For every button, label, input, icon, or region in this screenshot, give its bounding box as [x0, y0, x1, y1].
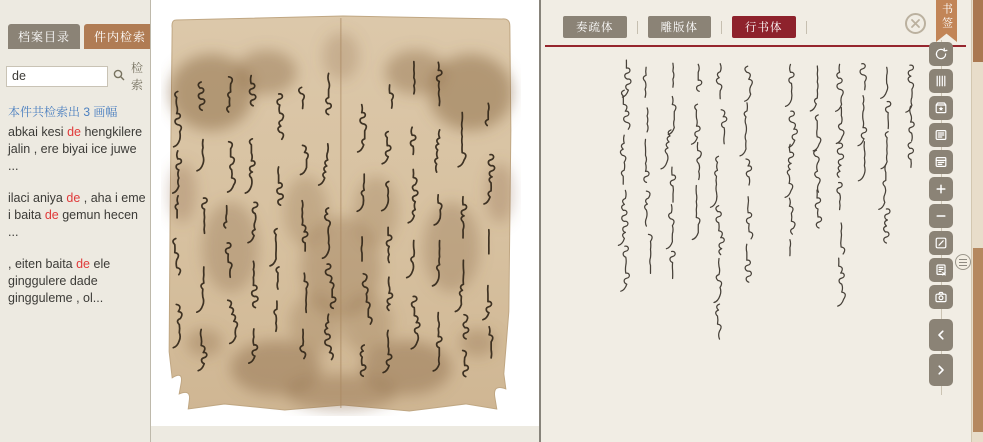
search-results-list: abkai kesi de hengkilere jalin , ere biy… — [0, 124, 150, 307]
search-result[interactable]: abkai kesi de hengkilere jalin , ere biy… — [8, 124, 148, 175]
snapshot-button[interactable] — [929, 285, 953, 309]
script-style-tab-2[interactable]: 行书体 — [732, 16, 796, 38]
magnifier-icon — [112, 68, 126, 85]
zoom-out-button[interactable] — [929, 204, 953, 228]
scrollbar-thumb-top[interactable] — [973, 0, 983, 62]
search-result-summary[interactable]: 本件共检索出 3 画幅 — [8, 103, 144, 120]
rotate-button[interactable] — [929, 42, 953, 66]
collection-button[interactable] — [929, 96, 953, 120]
annotate-button[interactable] — [929, 231, 953, 255]
next-page-button[interactable] — [929, 354, 953, 386]
chevron-left-icon — [934, 328, 948, 342]
camera-icon — [934, 290, 948, 304]
search-input[interactable] — [6, 66, 108, 87]
manuscript-viewer[interactable] — [151, 0, 539, 426]
text-list-icon — [934, 128, 948, 142]
chevron-right-icon — [934, 363, 948, 377]
tab-separator — [806, 21, 807, 34]
edit-icon — [934, 236, 948, 250]
search-result[interactable]: , eiten baita de ele ginggulere dade gin… — [8, 256, 148, 307]
prev-page-button[interactable] — [929, 319, 953, 351]
sidebar-tabs: 档案目录件内检索 — [0, 0, 150, 49]
bookmark-label: 书签 — [939, 3, 955, 31]
panel-drag-handle-icon[interactable] — [955, 254, 971, 270]
tab-separator — [637, 21, 638, 34]
close-icon — [910, 18, 921, 29]
search-button-label: 检索 — [128, 59, 146, 93]
clear-annotation-button[interactable] — [929, 258, 953, 282]
text-view-button[interactable] — [929, 123, 953, 147]
columns-icon — [934, 74, 948, 88]
tabs-underline — [545, 45, 966, 47]
minus-icon — [934, 209, 948, 223]
rotate-icon — [934, 47, 948, 61]
collection-box-icon — [934, 101, 948, 115]
close-button[interactable] — [905, 13, 926, 34]
sidebar: 档案目录件内检索 检索 本件共检索出 3 画幅 abkai kesi de he… — [0, 0, 150, 442]
search-result[interactable]: ilaci aniya de , aha i eme i baita de ge… — [8, 190, 148, 241]
highlighted-term: de — [66, 191, 80, 205]
zoom-in-button[interactable] — [929, 177, 953, 201]
right-scrollbar[interactable] — [971, 0, 983, 442]
thumbnail-icon — [934, 155, 948, 169]
sidebar-tab-0[interactable]: 档案目录 — [8, 24, 80, 49]
manuscript-image — [161, 10, 521, 416]
columns-view-button[interactable] — [929, 69, 953, 93]
tab-separator — [721, 21, 722, 34]
highlighted-term: de — [76, 257, 90, 271]
thumbnail-view-button[interactable] — [929, 150, 953, 174]
script-style-tab-0[interactable]: 奏疏体 — [563, 16, 627, 38]
plus-icon — [934, 182, 948, 196]
viewer-toolbar — [929, 42, 953, 386]
scrollbar-thumb[interactable] — [973, 248, 983, 432]
highlighted-term: de — [67, 125, 81, 139]
script-style-tab-1[interactable]: 雕版体 — [648, 16, 712, 38]
search-row: 检索 — [6, 59, 146, 93]
sidebar-tab-1[interactable]: 件内检索 — [84, 24, 156, 49]
transcription-panel: 奏疏体雕版体行书体 — [541, 0, 971, 442]
highlighted-term: de — [45, 208, 59, 222]
transcription-text — [541, 52, 971, 442]
archive-viewer-app: 档案目录件内检索 检索 本件共检索出 3 画幅 abkai kesi de he… — [0, 0, 983, 442]
search-button[interactable]: 检索 — [112, 59, 146, 93]
document-x-icon — [934, 263, 948, 277]
